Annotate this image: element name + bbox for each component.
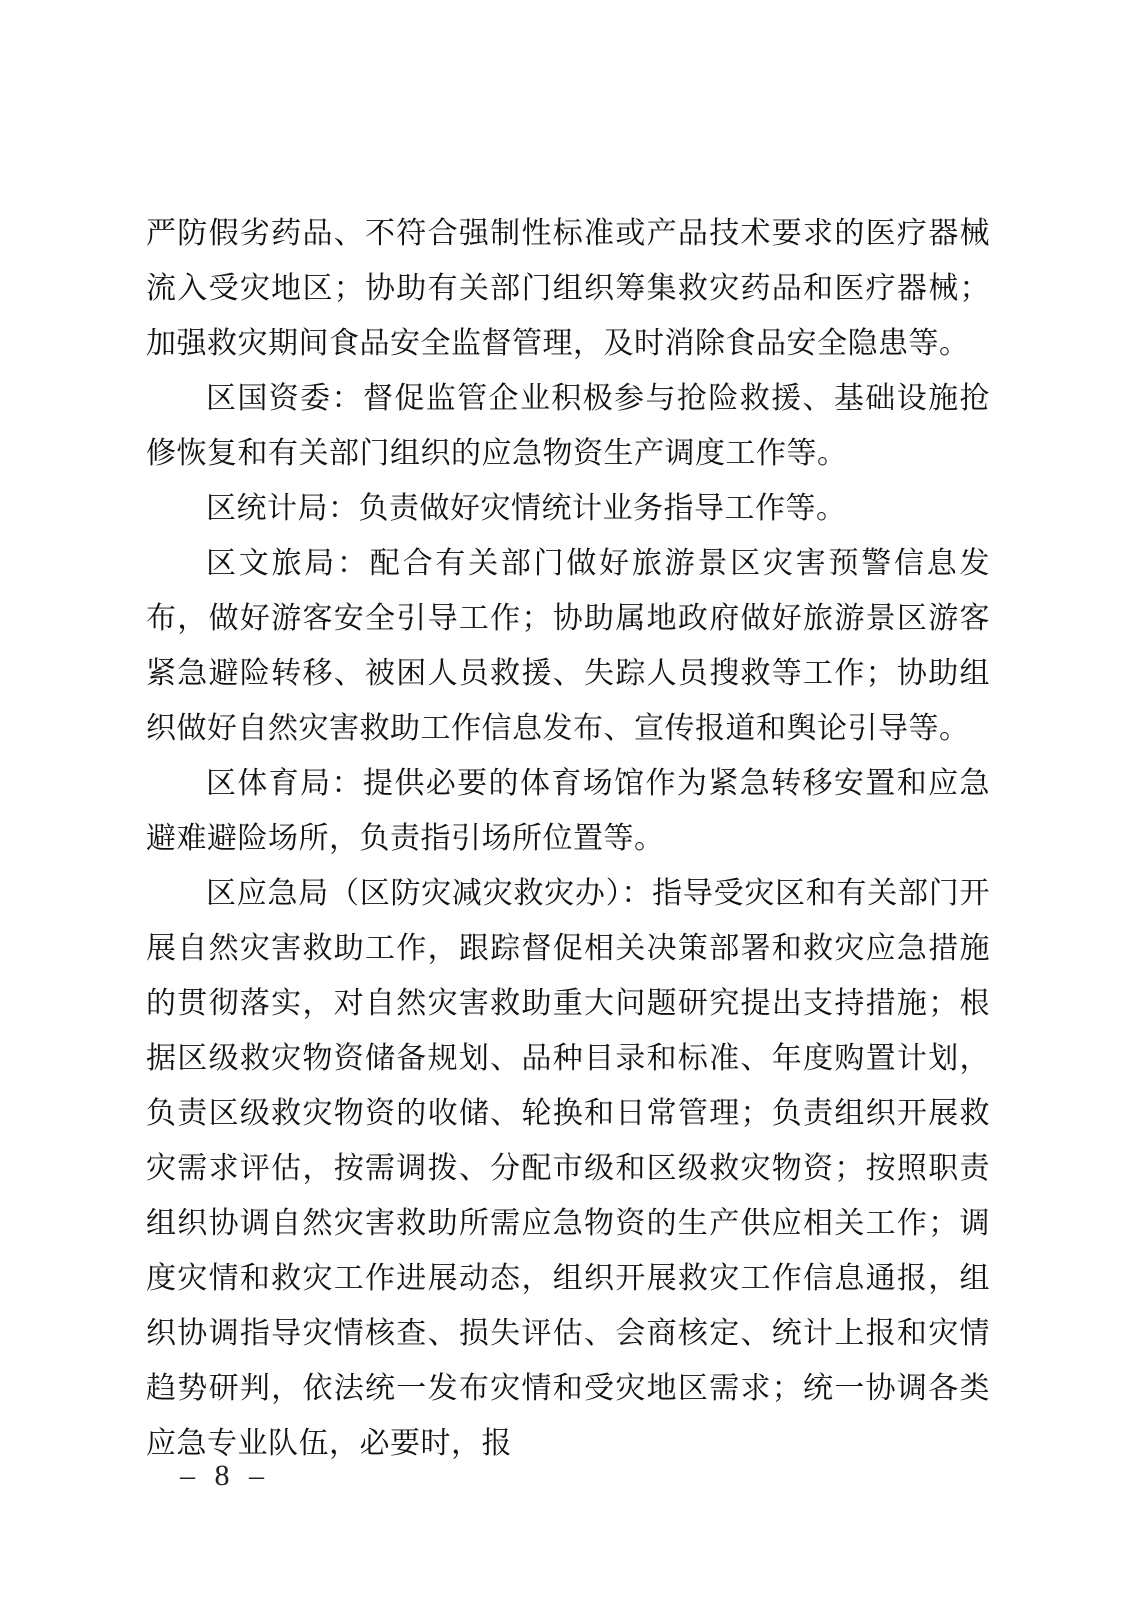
paragraph-tiyuju: 区体育局：提供必要的体育场馆作为紧急转移安置和应急避难避险场所，负责指引场所位置… — [146, 756, 990, 866]
document-page: 严防假劣药品、不符合强制性标准或产品技术要求的医疗器械流入受灾地区；协助有关部门… — [0, 0, 1131, 1600]
page-number: – 8 – — [180, 1458, 270, 1494]
document-body: 严防假劣药品、不符合强制性标准或产品技术要求的医疗器械流入受灾地区；协助有关部门… — [146, 206, 990, 1471]
paragraph-guoziwei: 区国资委：督促监管企业积极参与抢险救援、基础设施抢修恢复和有关部门组织的应急物资… — [146, 371, 990, 481]
paragraph-continuation: 严防假劣药品、不符合强制性标准或产品技术要求的医疗器械流入受灾地区；协助有关部门… — [146, 206, 990, 371]
paragraph-tongjiju: 区统计局：负责做好灾情统计业务指导工作等。 — [146, 481, 990, 536]
paragraph-yingjiju: 区应急局（区防灾减灾救灾办）：指导受灾区和有关部门开展自然灾害救助工作，跟踪督促… — [146, 866, 990, 1471]
paragraph-wenlvju: 区文旅局：配合有关部门做好旅游景区灾害预警信息发布，做好游客安全引导工作；协助属… — [146, 536, 990, 756]
